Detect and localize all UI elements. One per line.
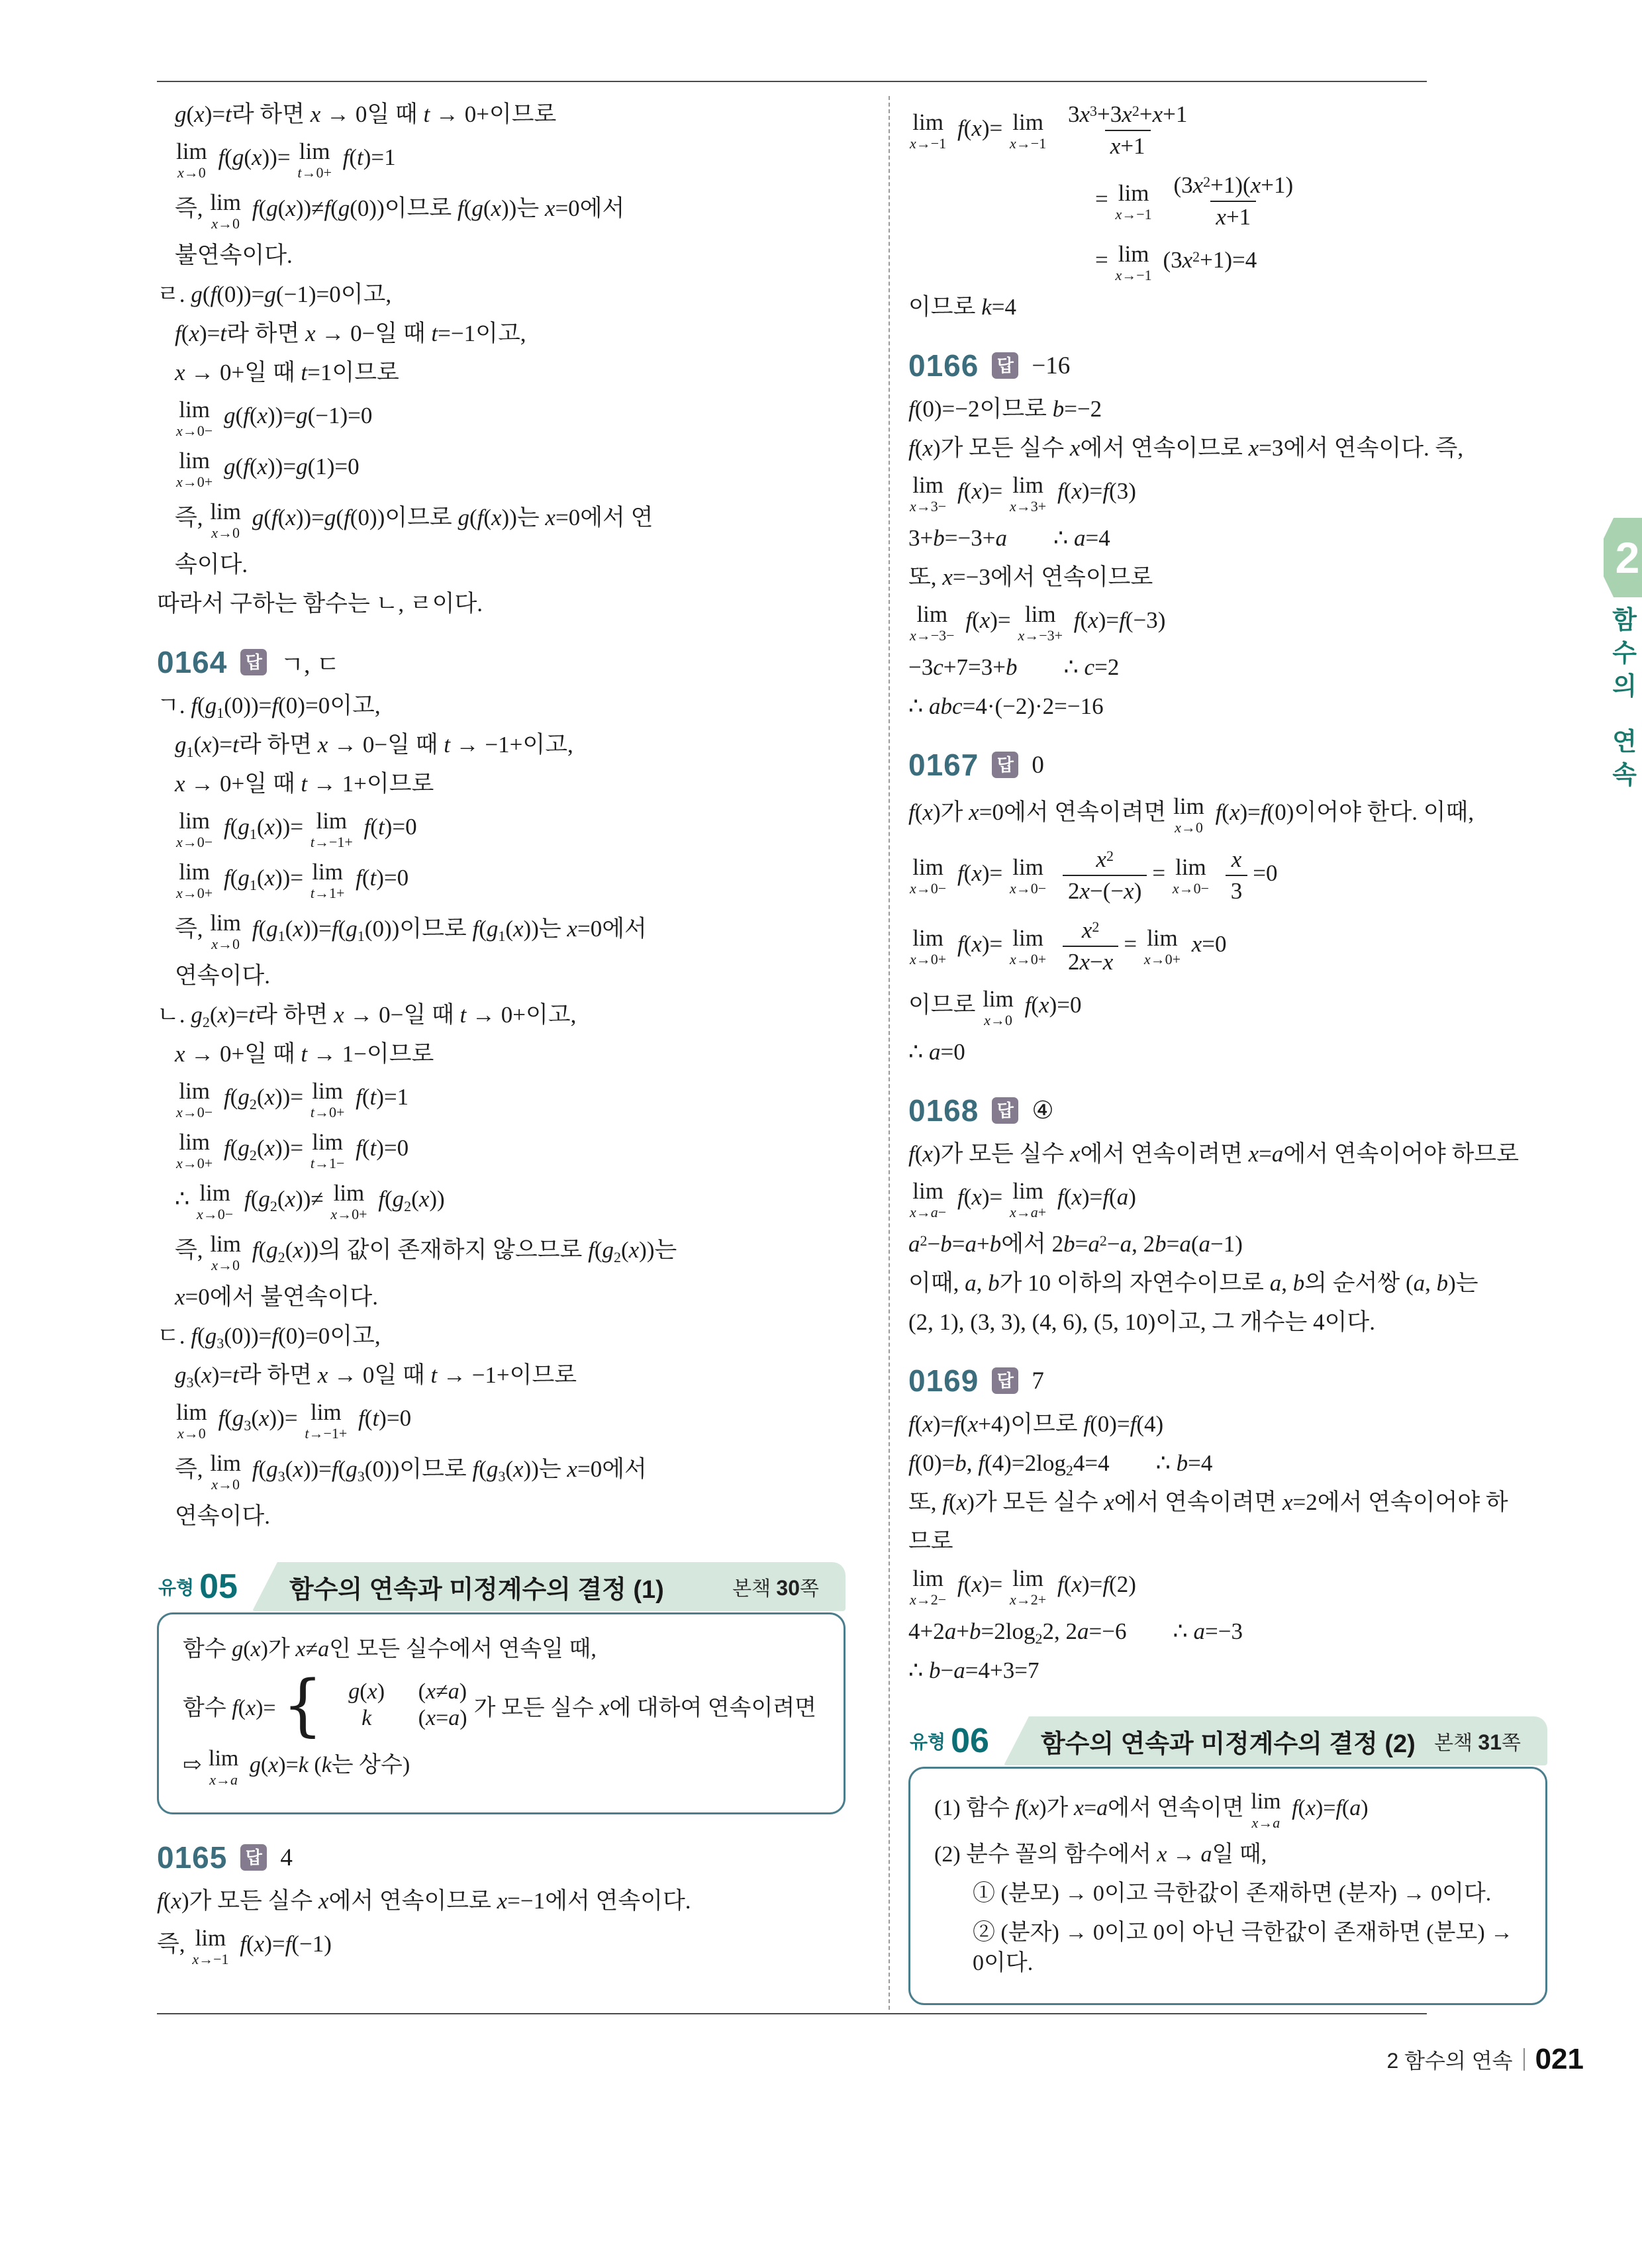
solution-line: limx→3− f(x)= limx→3+ f(x)=f(3)	[908, 472, 1547, 515]
limit-operator: limx→a−	[910, 1178, 946, 1220]
limit-operator: limx→3+	[1010, 472, 1046, 515]
solution-line: (1) 함수 f(x)가 x=a에서 연속이면 limx→a f(x)=f(a)	[934, 1789, 1521, 1831]
problem-number: 0167	[908, 747, 979, 783]
limit-operator: limx→−1	[910, 109, 946, 152]
solution-line: = limx→−1 (3x2+1)(x+1)x+1	[1095, 170, 1547, 232]
limit-operator: limx→0+	[176, 859, 213, 901]
solution-line: x=0에서 불연속이다.	[175, 1282, 845, 1312]
solution-line: = limx→−1 (3x2+1)=4	[1095, 241, 1547, 283]
footer-page-number: 021	[1535, 2043, 1584, 2076]
limit-operator: limx→a+	[1010, 1178, 1046, 1220]
limit-operator: limx→0	[1173, 793, 1204, 836]
problem-header: 0168답④	[908, 1093, 1547, 1128]
concept-box: 유형06함수의 연속과 미정계수의 결정 (2)본책 31쪽(1) 함수 f(x…	[908, 1716, 1547, 2005]
concept-box-title: 함수의 연속과 미정계수의 결정 (2)	[1041, 1723, 1416, 1759]
solution-line: g1(x)=t라 하면 x → 0−일 때 t → −1+이고,	[175, 730, 845, 760]
concept-box-band: 함수의 연속과 미정계수의 결정 (1)본책 30쪽	[252, 1562, 845, 1611]
limit-operator: limx→−3−	[910, 601, 955, 644]
solution-line: limx→0− g(f(x))=g(−1)=0	[175, 397, 845, 439]
solution-line: −3c+7=3+b ∴ c=2	[908, 652, 1547, 683]
problem-number: 0166	[908, 348, 979, 383]
solution-line: a2−b=a+b에서 2b=a2−a, 2b=a(a−1)	[908, 1229, 1547, 1259]
solution-line: 즉, limx→0 f(g1(x))=f(g1(0))이므로 f(g1(x))는…	[175, 910, 845, 952]
sidebar-label-char: 함	[1612, 607, 1637, 634]
limit-operator: limx→0−	[197, 1180, 233, 1222]
solution-line: ㄴ. g2(x)=t라 하면 x → 0−일 때 t → 0+이고,	[157, 1000, 845, 1030]
answer-badge: 답	[992, 352, 1018, 379]
limit-operator: limx→0+	[330, 1180, 367, 1222]
type-badge-number: 06	[951, 1721, 989, 1761]
chapter-tab-number: 2	[1616, 532, 1640, 583]
answer-badge: 답	[992, 752, 1018, 778]
solution-line: 4+2a+b=2log22, 2a=−6 ∴ a=−3	[908, 1616, 1547, 1647]
solution-line: ㄱ. f(g1(0))=f(0)=0이고,	[157, 691, 845, 721]
solution-line: limx→0+ f(g2(x))= limt→1− f(t)=0	[175, 1129, 845, 1171]
problem-number: 0164	[157, 644, 227, 680]
type-badge-number: 05	[199, 1567, 238, 1606]
book-page-reference: 본책 30쪽	[732, 1572, 819, 1601]
top-rule	[157, 81, 1427, 82]
solution-line: 연속이다.	[175, 1501, 845, 1532]
problem-header: 0164답ㄱ, ㄷ	[157, 644, 845, 680]
solution-line: f(0)=−2이므로 b=−2	[908, 394, 1547, 424]
sidebar-label-char: 수	[1612, 640, 1637, 667]
sidebar-label-char: 속	[1612, 762, 1637, 789]
solution-line: limx→0+ f(x)= limx→0+ x22x−x= limx→0+ x=…	[908, 915, 1547, 977]
limit-operator: limx→−1	[1010, 109, 1046, 152]
footer-separator	[1523, 2048, 1525, 2071]
fraction: (3x2+1)(x+1)x+1	[1168, 170, 1298, 232]
limit-operator: limx→0−	[176, 397, 213, 439]
solution-line: ∴ a=0	[908, 1037, 1547, 1067]
solution-line: f(x)가 모든 실수 x에서 연속이려면 x=a에서 연속이어야 하므로	[908, 1139, 1547, 1169]
type-badge-word: 유형	[158, 1573, 194, 1600]
solution-line: (2) 분수 꼴의 함수에서 x → a일 때,	[934, 1840, 1521, 1870]
solution-line: 즉, limx→0 f(g2(x))의 값이 존재하지 않으므로 f(g2(x)…	[175, 1231, 845, 1273]
solution-line: 또, x=−3에서 연속이므로	[908, 562, 1547, 593]
brace-glyph: {	[283, 1672, 323, 1739]
limit-operator: limx→a	[1251, 1789, 1280, 1831]
solution-line: f(x)가 x=0에서 연속이려면 limx→0 f(x)=f(0)이어야 한다…	[908, 793, 1547, 836]
solution-line: 또, f(x)가 모든 실수 x에서 연속이려면 x=2에서 연속이어야 하	[908, 1487, 1547, 1518]
solution-line: 속이다.	[175, 550, 845, 580]
solution-line: f(x)=f(x+4)이므로 f(0)=f(4)	[908, 1409, 1547, 1440]
solution-line: g(x)=t라 하면 x → 0일 때 t → 0+이므로	[175, 99, 845, 130]
answer-value: ④	[1032, 1096, 1053, 1125]
limit-operator: limx→a	[209, 1746, 238, 1788]
limit-operator: limx→0	[210, 910, 241, 952]
solution-line: 이므로 limx→0 f(x)=0	[908, 986, 1547, 1028]
solution-line: x → 0+일 때 t=1이므로	[175, 358, 845, 388]
answer-value: 7	[1032, 1367, 1044, 1395]
solution-line: ∴ abc=4·(−2)·2=−16	[908, 691, 1547, 722]
answer-value: 0	[1032, 751, 1044, 779]
answer-badge: 답	[992, 1097, 1018, 1124]
answer-value: −16	[1032, 352, 1070, 380]
solution-line: ㄷ. f(g3(0))=f(0)=0이고,	[157, 1321, 845, 1352]
problem-number: 0165	[157, 1840, 227, 1875]
right-column: limx→−1 f(x)= limx→−1 3x3+3x2+x+1x+1= li…	[908, 99, 1547, 2024]
solution-line: 즉, limx→0 f(g(x))≠f(g(0))이므로 f(g(x))는 x=…	[175, 189, 845, 232]
answer-badge: 답	[240, 1844, 267, 1871]
limit-operator: limx→2+	[1010, 1565, 1046, 1608]
limit-operator: limx→0−	[176, 808, 213, 850]
answer-value: ㄱ, ㄷ	[280, 644, 340, 680]
limit-operator: limt→1−	[311, 1129, 345, 1171]
answer-value: 4	[280, 1844, 293, 1872]
solution-line: limx→2− f(x)= limx→2+ f(x)=f(2)	[908, 1565, 1547, 1608]
limit-operator: limt→−1+	[311, 808, 353, 850]
solution-line: ① (분모) → 0이고 극한값이 존재하면 (분자) → 0이다.	[973, 1879, 1521, 1909]
solution-line: limx→0− f(g1(x))= limt→−1+ f(t)=0	[175, 808, 845, 850]
fraction: x22x−x	[1063, 915, 1118, 977]
solution-line: limx→−3− f(x)= limx→−3+ f(x)=f(−3)	[908, 601, 1547, 644]
solution-line: 즉, limx→0 g(f(x))=g(f(0))이므로 g(f(x))는 x=…	[175, 499, 845, 541]
solution-line: limx→0− f(g2(x))= limt→0+ f(t)=1	[175, 1078, 845, 1120]
limit-operator: limx→0+	[176, 448, 213, 490]
solution-line: ② (분자) → 0이고 0이 아닌 극한값이 존재하면 (분모) → 0이다.	[973, 1918, 1521, 1979]
limit-operator: limx→0	[210, 189, 241, 232]
solution-line: 므로	[908, 1526, 1547, 1557]
solution-line: 즉, limx→0 f(g3(x))=f(g3(0))이므로 f(g3(x))는…	[175, 1450, 845, 1493]
limit-operator: limt→0+	[297, 138, 332, 181]
problem-header: 0166답−16	[908, 348, 1547, 383]
limit-operator: limx→0	[176, 138, 207, 181]
limit-operator: limx→0+	[176, 1129, 213, 1171]
answer-badge: 답	[240, 649, 267, 675]
limit-operator: limx→0−	[910, 854, 946, 897]
solution-line: limx→a− f(x)= limx→a+ f(x)=f(a)	[908, 1178, 1547, 1220]
sidebar-label-char: 연	[1612, 728, 1637, 756]
limit-operator: limx→0	[983, 986, 1014, 1028]
problem-number: 0168	[908, 1093, 979, 1128]
solution-line: limx→0+ g(f(x))=g(1)=0	[175, 448, 845, 490]
limit-operator: limx→0	[210, 1450, 241, 1493]
solution-line: 불연속이다.	[175, 240, 845, 271]
solution-line: limx→0 f(g3(x))= limt→−1+ f(t)=0	[175, 1399, 845, 1442]
concept-box-band: 함수의 연속과 미정계수의 결정 (2)본책 31쪽	[1004, 1716, 1547, 1765]
limit-operator: limx→0+	[1144, 925, 1181, 967]
limit-operator: limt→1+	[311, 859, 345, 901]
page-footer: 2 함수의 연속 021	[1386, 2043, 1584, 2076]
concept-box: 유형05함수의 연속과 미정계수의 결정 (1)본책 30쪽함수 g(x)가 x…	[157, 1562, 845, 1814]
solution-line: 즉, limx→−1 f(x)=f(−1)	[157, 1925, 845, 1967]
solution-line: limx→0 f(g(x))= limt→0+ f(t)=1	[175, 138, 845, 181]
limit-operator: limx→0−	[1010, 854, 1046, 897]
limit-operator: limx→0	[210, 1231, 241, 1273]
fraction: x3	[1226, 844, 1248, 907]
limit-operator: limt→0+	[311, 1078, 345, 1120]
footer-chapter-title: 2 함수의 연속	[1386, 2044, 1512, 2075]
solution-line: (2, 1), (3, 3), (4, 6), (5, 10)이고, 그 개수는…	[908, 1307, 1547, 1338]
book-page-reference: 본책 31쪽	[1434, 1726, 1521, 1755]
solution-line: ∴ limx→0− f(g2(x))≠ limx→0+ f(g2(x))	[175, 1180, 845, 1222]
limit-operator: limx→3−	[910, 472, 946, 515]
solution-line: f(x)가 모든 실수 x에서 연속이므로 x=−1에서 연속이다.	[157, 1886, 845, 1916]
limit-operator: limx→−1	[1116, 180, 1152, 222]
limit-operator: limx→0−	[1173, 854, 1209, 897]
chapter-sidebar-label: 함수의연속	[1612, 607, 1637, 789]
solution-line: 이때, a, b가 10 이하의 자연수이므로 a, b의 순서쌍 (a, b)…	[908, 1268, 1547, 1299]
limit-operator: limx→0+	[1010, 925, 1046, 967]
limit-operator: limt→−1+	[305, 1399, 347, 1442]
solution-line: 이므로 k=4	[908, 292, 1547, 322]
limit-operator: limx→0	[176, 1399, 207, 1442]
limit-operator: limx→0	[210, 499, 241, 541]
fraction: x22x−(−x)	[1063, 844, 1147, 907]
problem-header: 0167답0	[908, 747, 1547, 783]
type-badge-word: 유형	[910, 1728, 945, 1754]
column-divider	[889, 96, 890, 2010]
solution-line: f(0)=b, f(4)=2log24=4 ∴ b=4	[908, 1448, 1547, 1479]
solution-line: 3+b=−3+a ∴ a=4	[908, 523, 1547, 554]
fraction: 3x3+3x2+x+1x+1	[1063, 99, 1192, 162]
limit-operator: limx→−3+	[1018, 601, 1063, 644]
solution-line: 함수 g(x)가 x≠a인 모든 실수에서 연속일 때,	[183, 1634, 820, 1665]
solution-line: x → 0+일 때 t → 1+이므로	[175, 769, 845, 799]
solution-line: limx→0− f(x)= limx→0− x22x−(−x)= limx→0−…	[908, 844, 1547, 907]
problem-number: 0169	[908, 1363, 979, 1399]
solution-line: 연속이다.	[175, 961, 845, 991]
sidebar-label-char: 의	[1612, 673, 1637, 701]
solution-line: 따라서 구하는 함수는 ㄴ, ㄹ이다.	[157, 589, 845, 619]
solution-line: x → 0+일 때 t → 1−이므로	[175, 1039, 845, 1069]
solution-line: ㄹ. g(f(0))=g(−1)=0이고,	[157, 279, 845, 310]
limit-operator: limx→−1	[1116, 241, 1152, 283]
solution-line: ⇨ limx→a g(x)=k (k는 상수)	[183, 1746, 820, 1788]
solution-line: f(x)=t라 하면 x → 0−일 때 t=−1이고,	[175, 319, 845, 349]
chapter-tab: 2	[1604, 518, 1642, 597]
limit-operator: limx→−1	[192, 1925, 228, 1967]
limit-operator: limx→2−	[910, 1565, 946, 1608]
concept-box-header: 유형05함수의 연속과 미정계수의 결정 (1)본책 30쪽	[157, 1562, 845, 1611]
left-column: g(x)=t라 하면 x → 0일 때 t → 0+이므로limx→0 f(g(…	[157, 99, 845, 1976]
limit-operator: limx→0+	[910, 925, 946, 967]
problem-header: 0169답7	[908, 1363, 1547, 1399]
cases-definition-line: 함수 f(x)={g(x)(x≠a)k(x=a)가 모든 실수 x에 대하여 연…	[183, 1673, 820, 1737]
solution-line: limx→0+ f(g1(x))= limt→1+ f(t)=0	[175, 859, 845, 901]
answer-badge: 답	[992, 1367, 1018, 1394]
problem-header: 0165답4	[157, 1840, 845, 1875]
concept-box-body: (1) 함수 f(x)가 x=a에서 연속이면 limx→a f(x)=f(a)…	[908, 1767, 1547, 2005]
concept-box-title: 함수의 연속과 미정계수의 결정 (1)	[289, 1569, 664, 1605]
solution-line: limx→−1 f(x)= limx→−1 3x3+3x2+x+1x+1	[908, 99, 1547, 162]
concept-box-header: 유형06함수의 연속과 미정계수의 결정 (2)본책 31쪽	[908, 1716, 1547, 1765]
solution-line: f(x)가 모든 실수 x에서 연속이므로 x=3에서 연속이다. 즉,	[908, 433, 1547, 464]
limit-operator: limx→0−	[176, 1078, 213, 1120]
concept-box-body: 함수 g(x)가 x≠a인 모든 실수에서 연속일 때,함수 f(x)={g(x…	[157, 1612, 845, 1814]
solution-line: ∴ b−a=4+3=7	[908, 1655, 1547, 1686]
solution-line: g3(x)=t라 하면 x → 0일 때 t → −1+이므로	[175, 1360, 845, 1391]
